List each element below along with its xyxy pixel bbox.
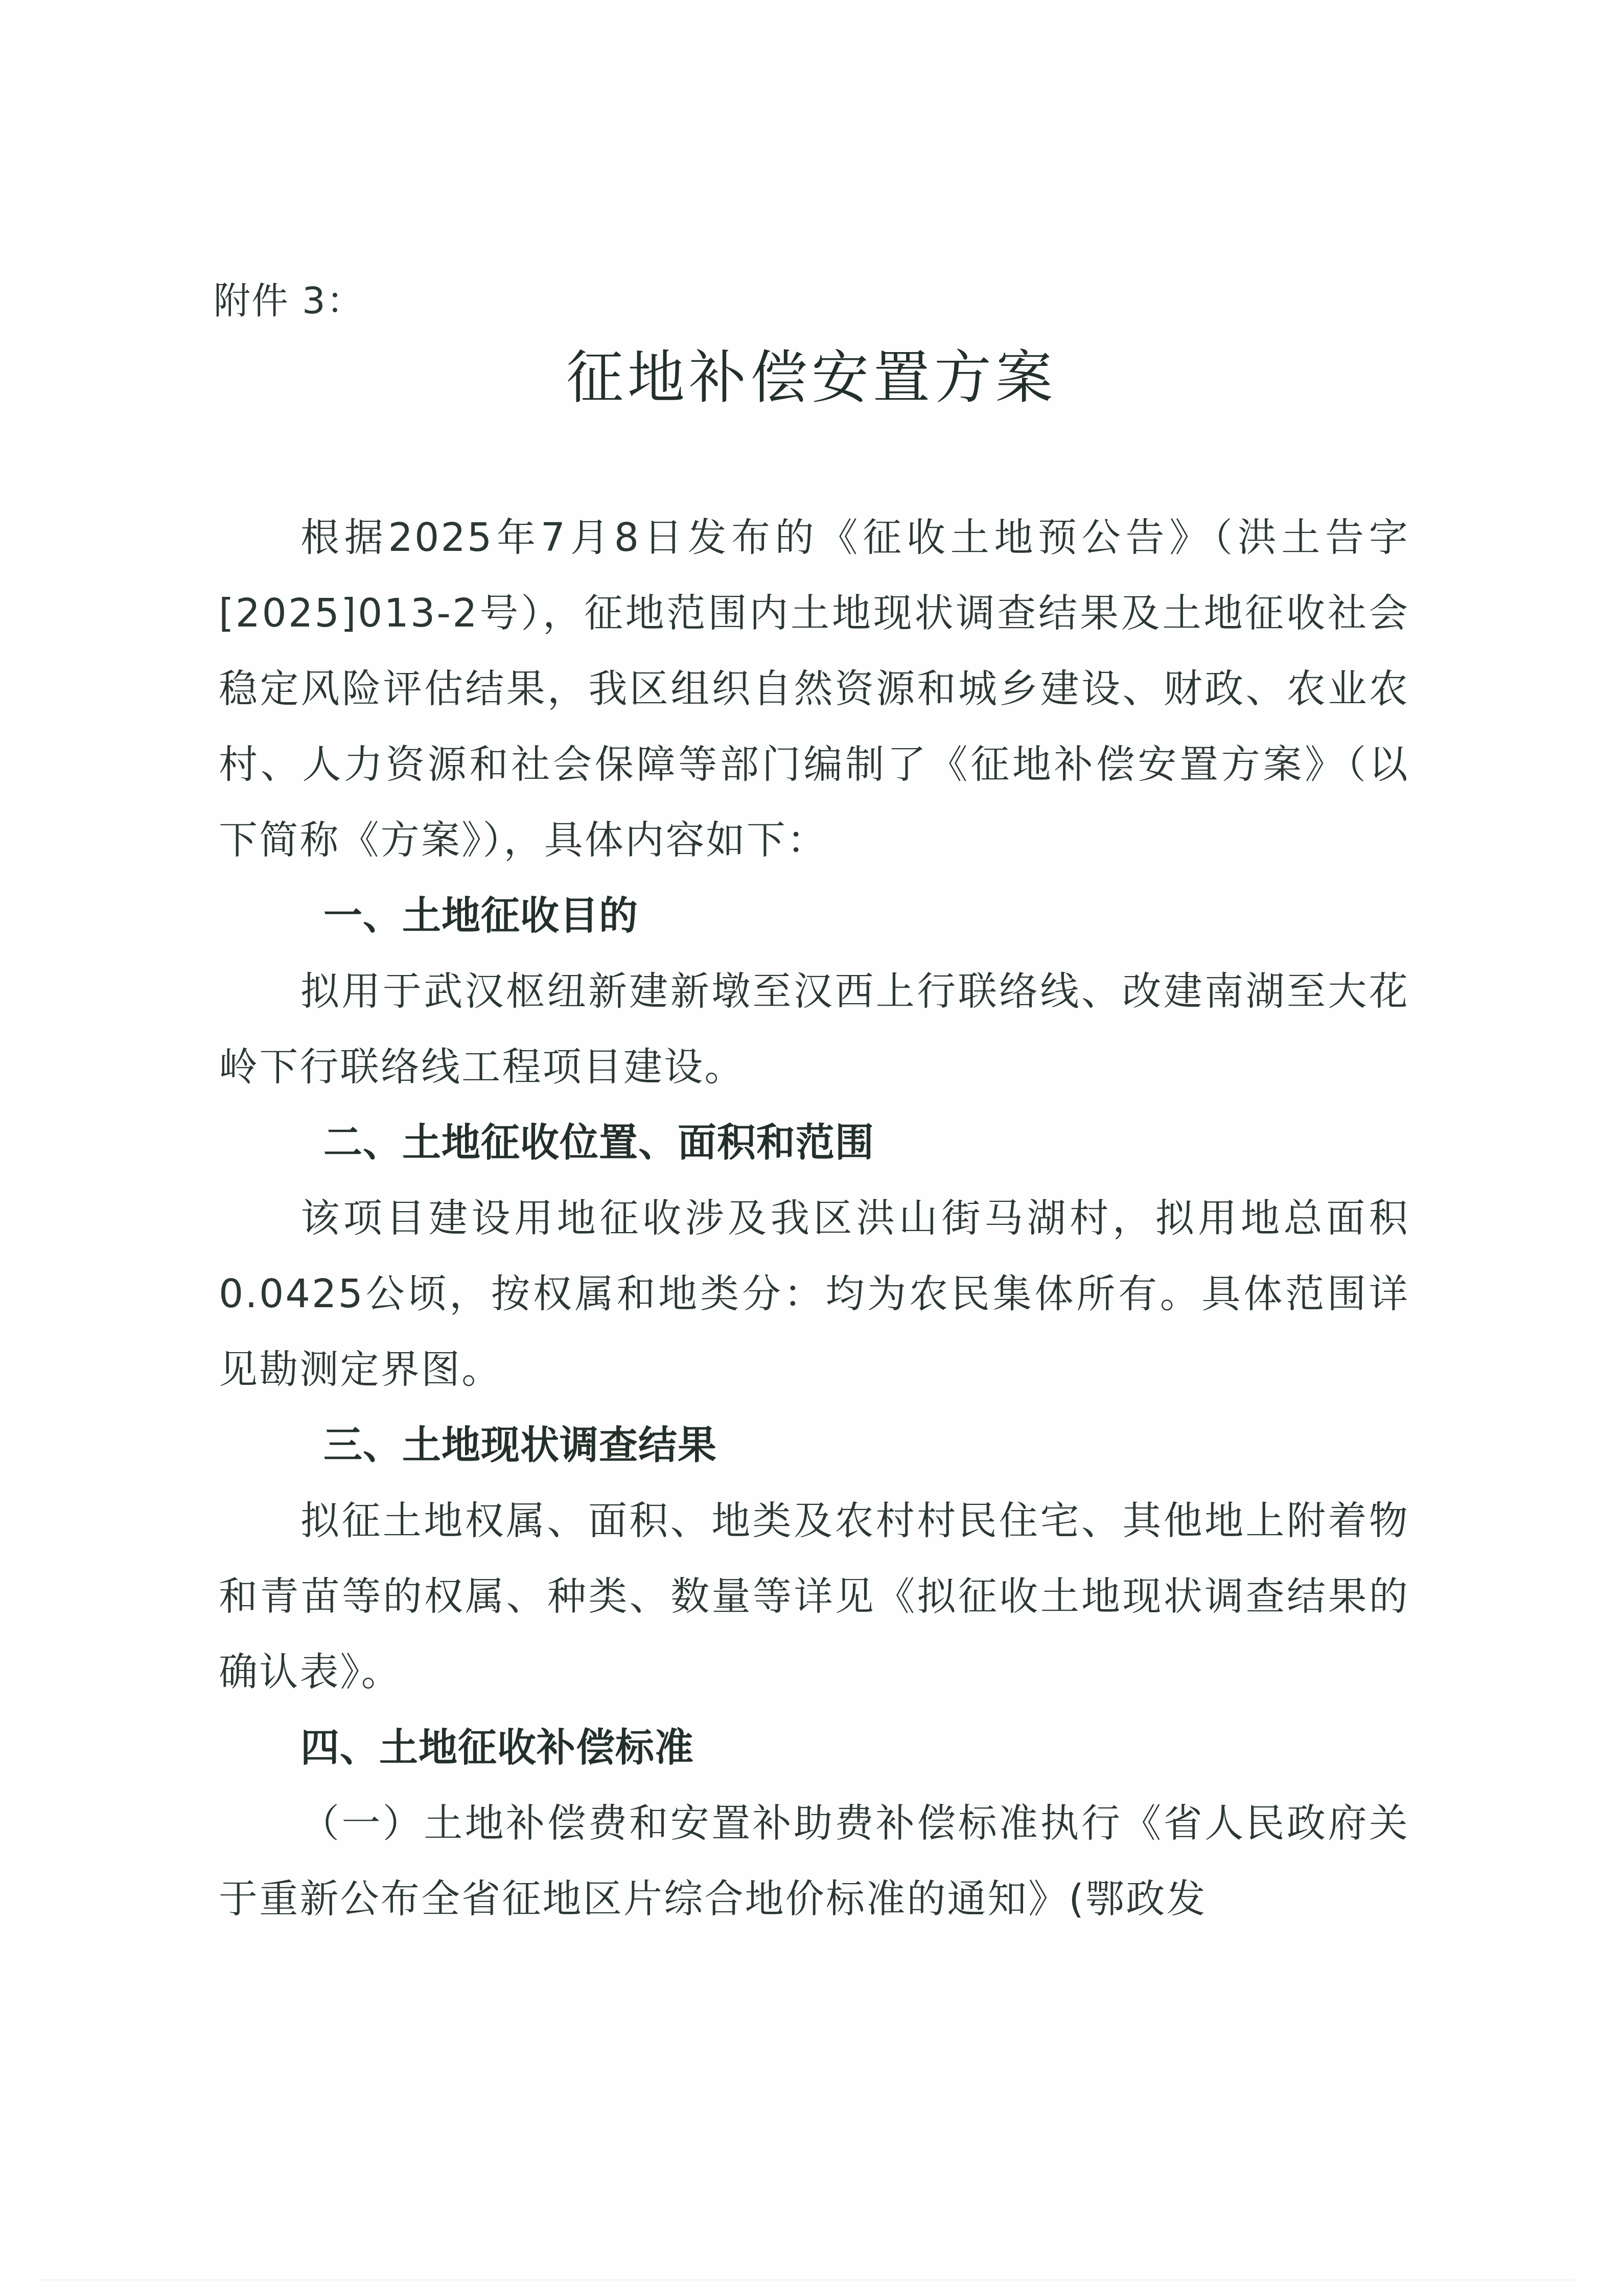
section-heading-survey: 三、土地现状调查结果 — [219, 1407, 1409, 1483]
section-text-purpose: 拟用于武汉枢纽新建新墩至汉西上行联络线、改建南湖至大花岭下行联络线工程项目建设。 — [219, 954, 1409, 1105]
section-text-standard: （一）土地补偿费和安置补助费补偿标准执行《省人民政府关于重新公布全省征地区片综合… — [219, 1785, 1409, 1937]
attachment-label: 附件 3： — [214, 271, 364, 324]
section-text-location: 该项目建设用地征收涉及我区洪山街马湖村，拟用地总面积0.0425公顷，按权属和地… — [219, 1180, 1409, 1407]
intro-paragraph: 根据2025年7月8日发布的《征收土地预公告》（洪土告字[2025]013-2号… — [219, 500, 1409, 878]
section-heading-location: 二、土地征收位置、面积和范围 — [219, 1105, 1409, 1180]
document-body: 根据2025年7月8日发布的《征收土地预公告》（洪土告字[2025]013-2号… — [219, 500, 1409, 1937]
section-heading-purpose: 一、土地征收目的 — [219, 878, 1409, 954]
document-title: 征地补偿安置方案 — [0, 332, 1623, 414]
section-text-survey: 拟征土地权属、面积、地类及农村村民住宅、其他地上附着物和青苗等的权属、种类、数量… — [219, 1483, 1409, 1710]
document-page: 附件 3： 征地补偿安置方案 根据2025年7月8日发布的《征收土地预公告》（洪… — [0, 0, 1623, 2296]
scan-artifact-divider — [41, 2279, 1574, 2281]
section-heading-standard: 四、土地征收补偿标准 — [219, 1710, 1409, 1785]
